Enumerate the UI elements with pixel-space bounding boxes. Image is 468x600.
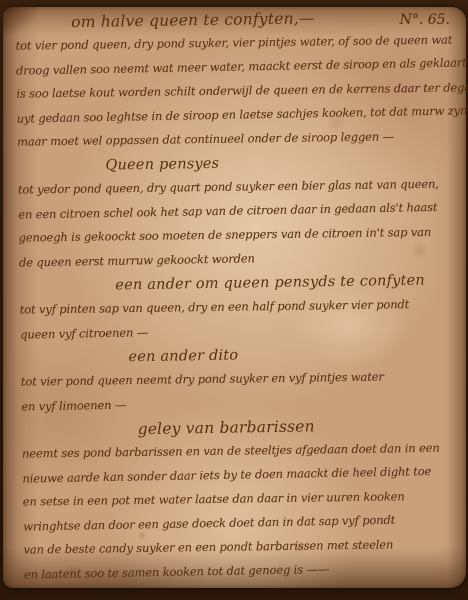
manuscript-text: om halve queen te confyten,—tot vier pon… bbox=[15, 2, 468, 588]
recipe-section: Queen pensyestot yedor pond queen, dry q… bbox=[17, 149, 464, 274]
manuscript-page: N°. 65. om halve queen te confyten,—tot … bbox=[3, 7, 466, 588]
recipe-section: een ander ditotot vier pond queen neemt … bbox=[20, 341, 466, 418]
recipe-section: geley van barbarissenneemt ses pond barb… bbox=[21, 413, 468, 586]
recipe-section: om halve queen te confyten,—tot vier pon… bbox=[15, 5, 462, 154]
manuscript-book: N°. 65. om halve queen te confyten,—tot … bbox=[0, 0, 468, 600]
recipe-section: een ander om queen pensyds te confytento… bbox=[19, 269, 465, 346]
